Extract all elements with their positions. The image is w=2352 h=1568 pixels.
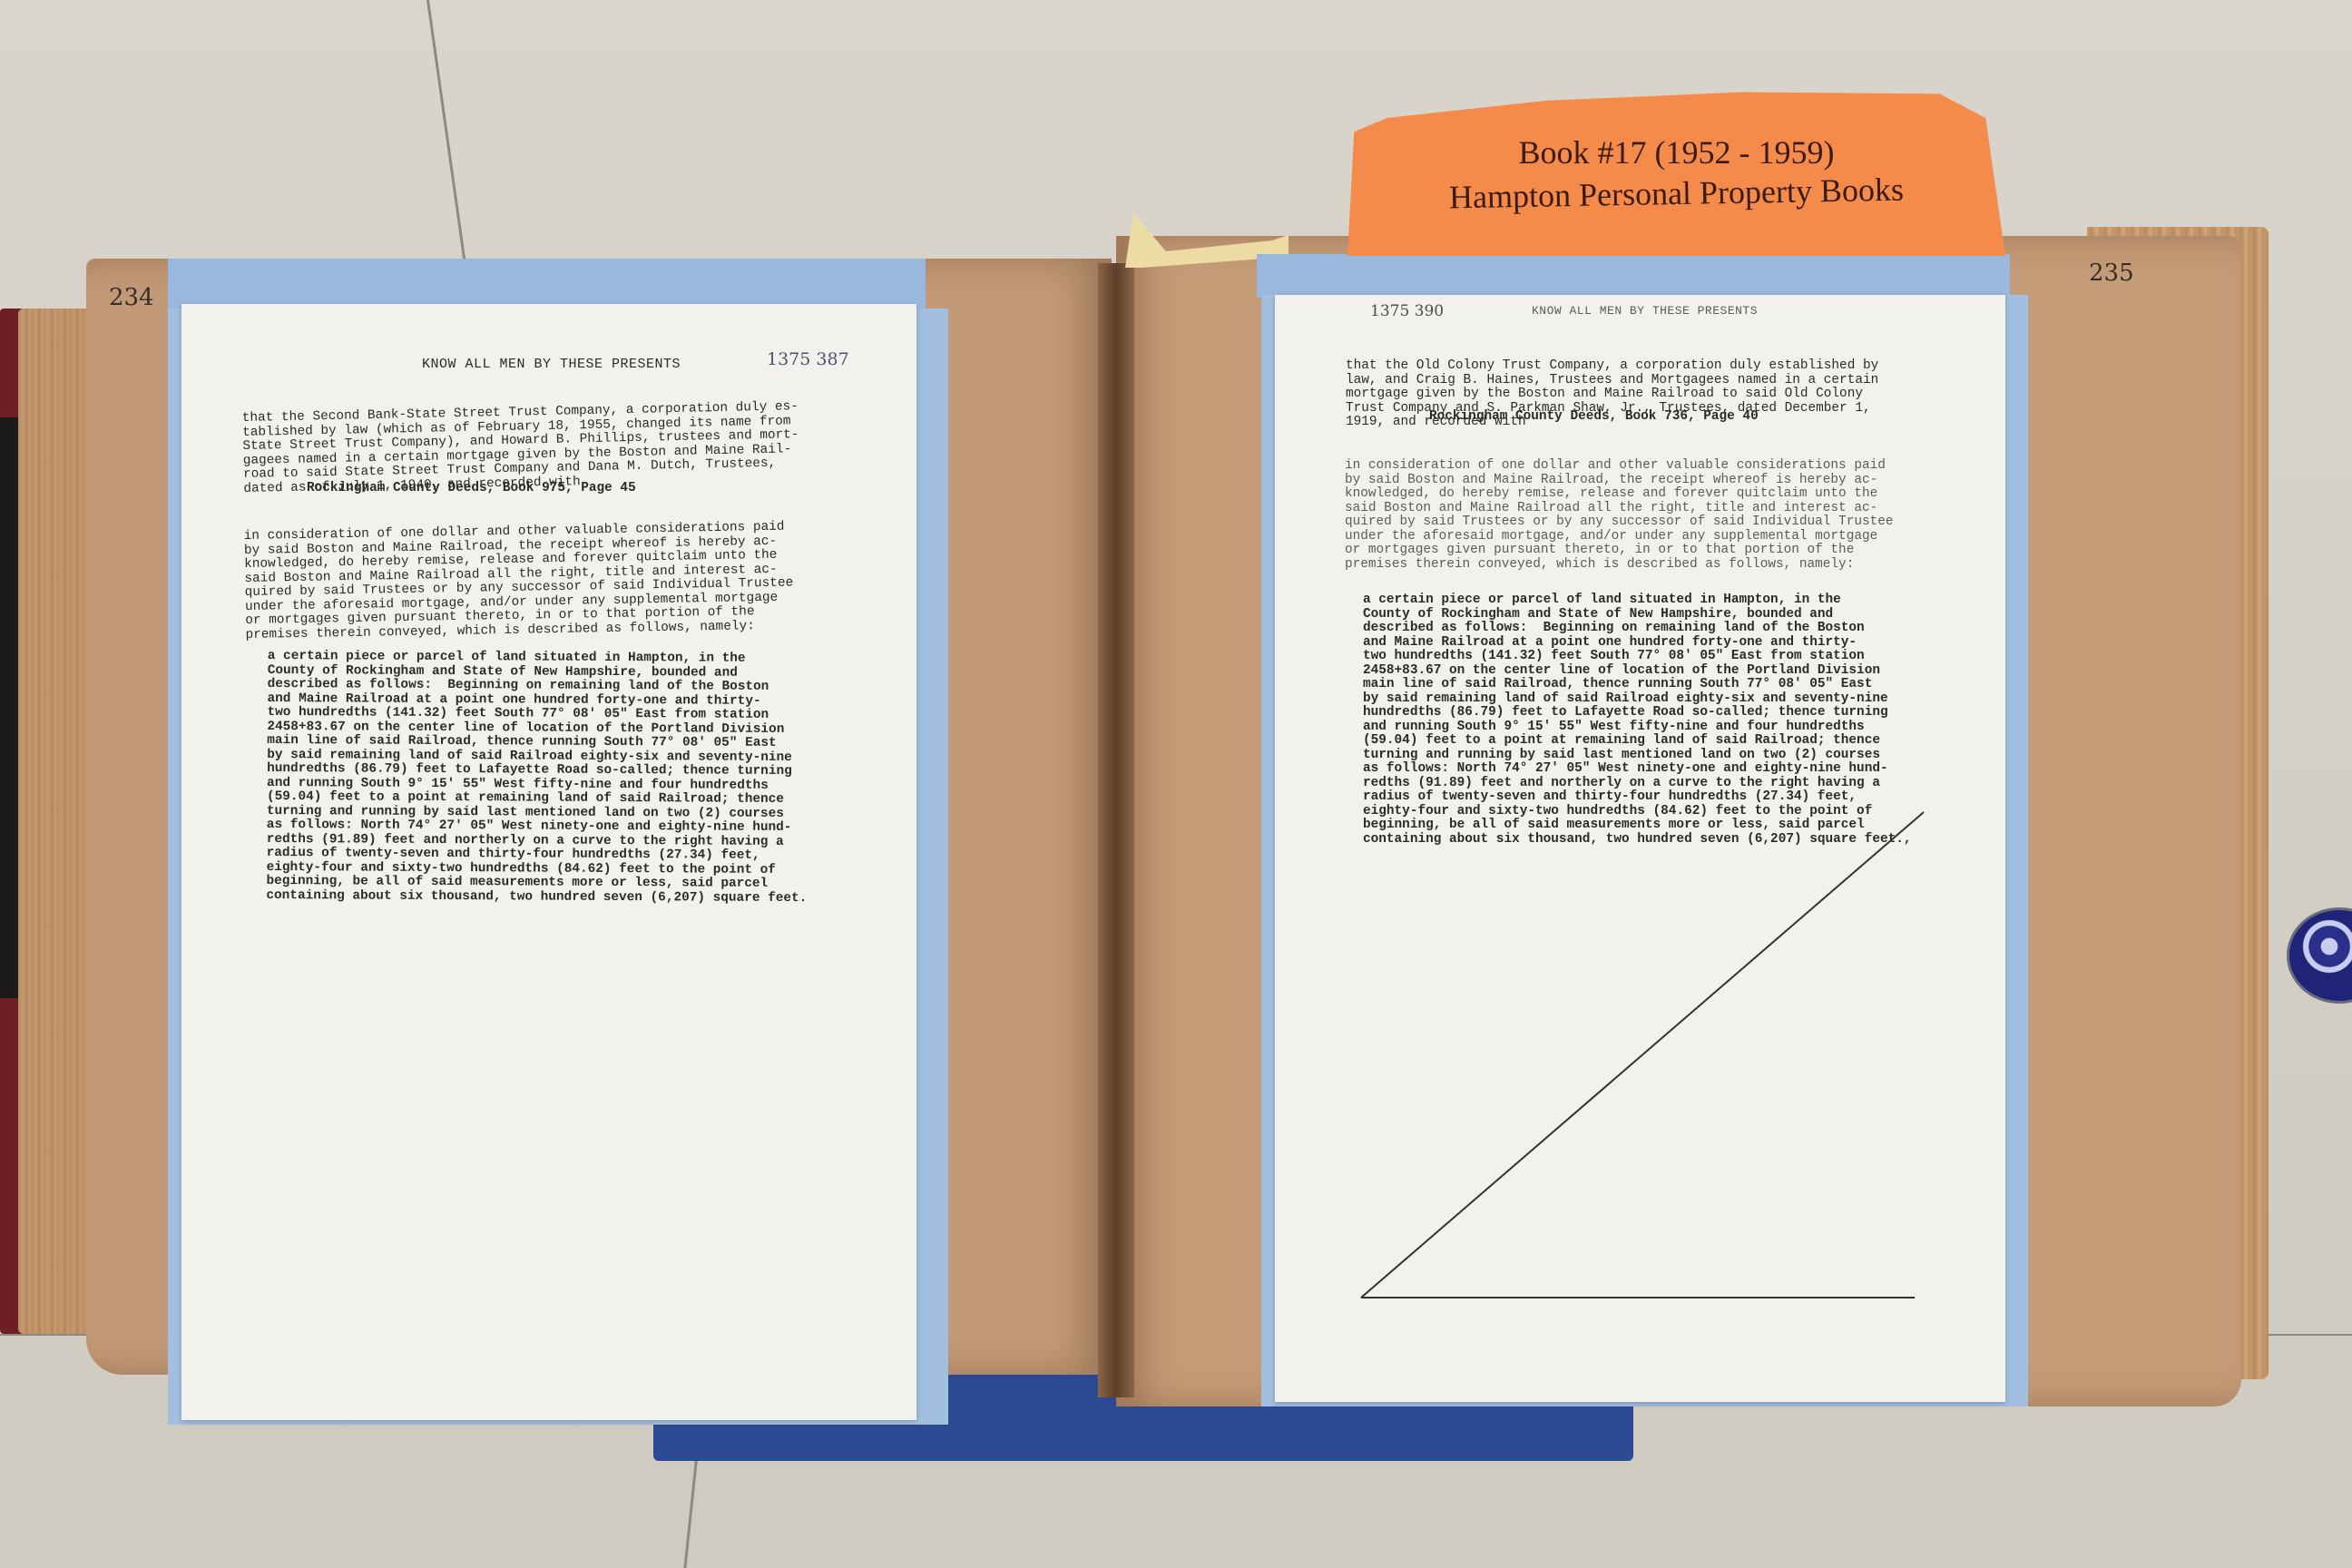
parcel-description: a certain piece or parcel of land situat… [266, 622, 808, 934]
recording-reference: Rockingham County Deeds, Book 975, Page … [307, 482, 636, 496]
tag-title: Book #17 (1952 - 1959) [1347, 133, 2005, 171]
deed-document-right: 1375 390 KNOW ALL MEN BY THESE PRESENTS … [1275, 295, 2005, 1402]
document-number: 1375 387 [767, 349, 849, 369]
deed-document-left: KNOW ALL MEN BY THESE PRESENTS 1375 387 … [181, 304, 916, 1420]
page-number-right: 235 [2089, 260, 2134, 287]
page-number-left: 234 [109, 284, 154, 311]
void-strike-line [1275, 295, 2005, 1402]
document-heading: KNOW ALL MEN BY THESE PRESENTS [422, 357, 681, 372]
blue-backing-right-top [1257, 254, 2010, 298]
tag-subtitle: Hampton Personal Property Books [1347, 169, 2006, 219]
book-gutter [1098, 263, 1134, 1397]
